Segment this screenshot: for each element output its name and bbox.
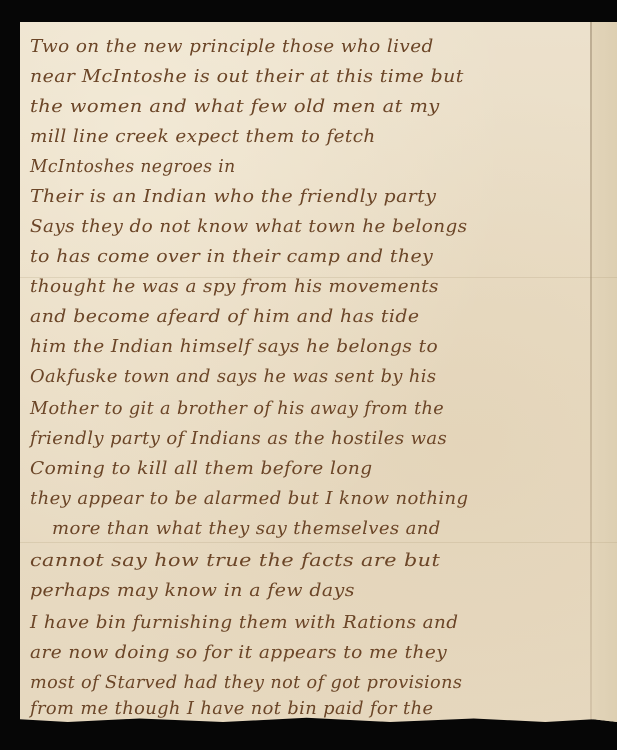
document-viewer: Two on the new principle those who lived… xyxy=(0,0,617,750)
folded-flap xyxy=(592,22,617,722)
text-line: Two on the new principle those who lived xyxy=(30,36,434,57)
text-line: and become afeard of him and has tide xyxy=(30,306,419,327)
letter-page: Two on the new principle those who lived… xyxy=(20,22,617,722)
text-line: the women and what few old men at my xyxy=(30,96,440,117)
text-line: they appear to be alarmed but I know not… xyxy=(30,488,468,509)
text-line: Says they do not know what town he belon… xyxy=(30,216,467,237)
text-line: McIntoshes negroes in xyxy=(30,156,235,177)
text-line: near McIntoshe is out their at this time… xyxy=(30,66,464,87)
text-line: are now doing so for it appears to me th… xyxy=(30,642,447,663)
text-line: more than what they say themselves and xyxy=(52,518,441,539)
text-line: mill line creek expect them to fetch xyxy=(30,126,376,147)
text-line: from me though I have not bin paid for t… xyxy=(30,698,433,719)
text-line: thought he was a spy from his movements xyxy=(30,276,439,297)
text-line: him the Indian himself says he belongs t… xyxy=(30,336,438,357)
text-line: Oakfuske town and says he was sent by hi… xyxy=(30,366,436,387)
text-line: perhaps may know in a few days xyxy=(30,580,355,601)
text-line: most of Starved had they not of got prov… xyxy=(30,672,462,693)
vertical-fold-line xyxy=(590,22,592,722)
text-line: to has come over in their camp and they xyxy=(30,246,433,267)
text-line: Coming to kill all them before long xyxy=(30,458,373,479)
text-line: cannot say how true the facts are but xyxy=(30,550,440,571)
text-line: Mother to git a brother of his away from… xyxy=(30,398,444,419)
text-line: I have bin furnishing them with Rations … xyxy=(30,612,458,633)
text-line: Their is an Indian who the friendly part… xyxy=(30,186,436,207)
horizontal-crease xyxy=(20,542,617,543)
text-line: friendly party of Indians as the hostile… xyxy=(30,428,447,449)
